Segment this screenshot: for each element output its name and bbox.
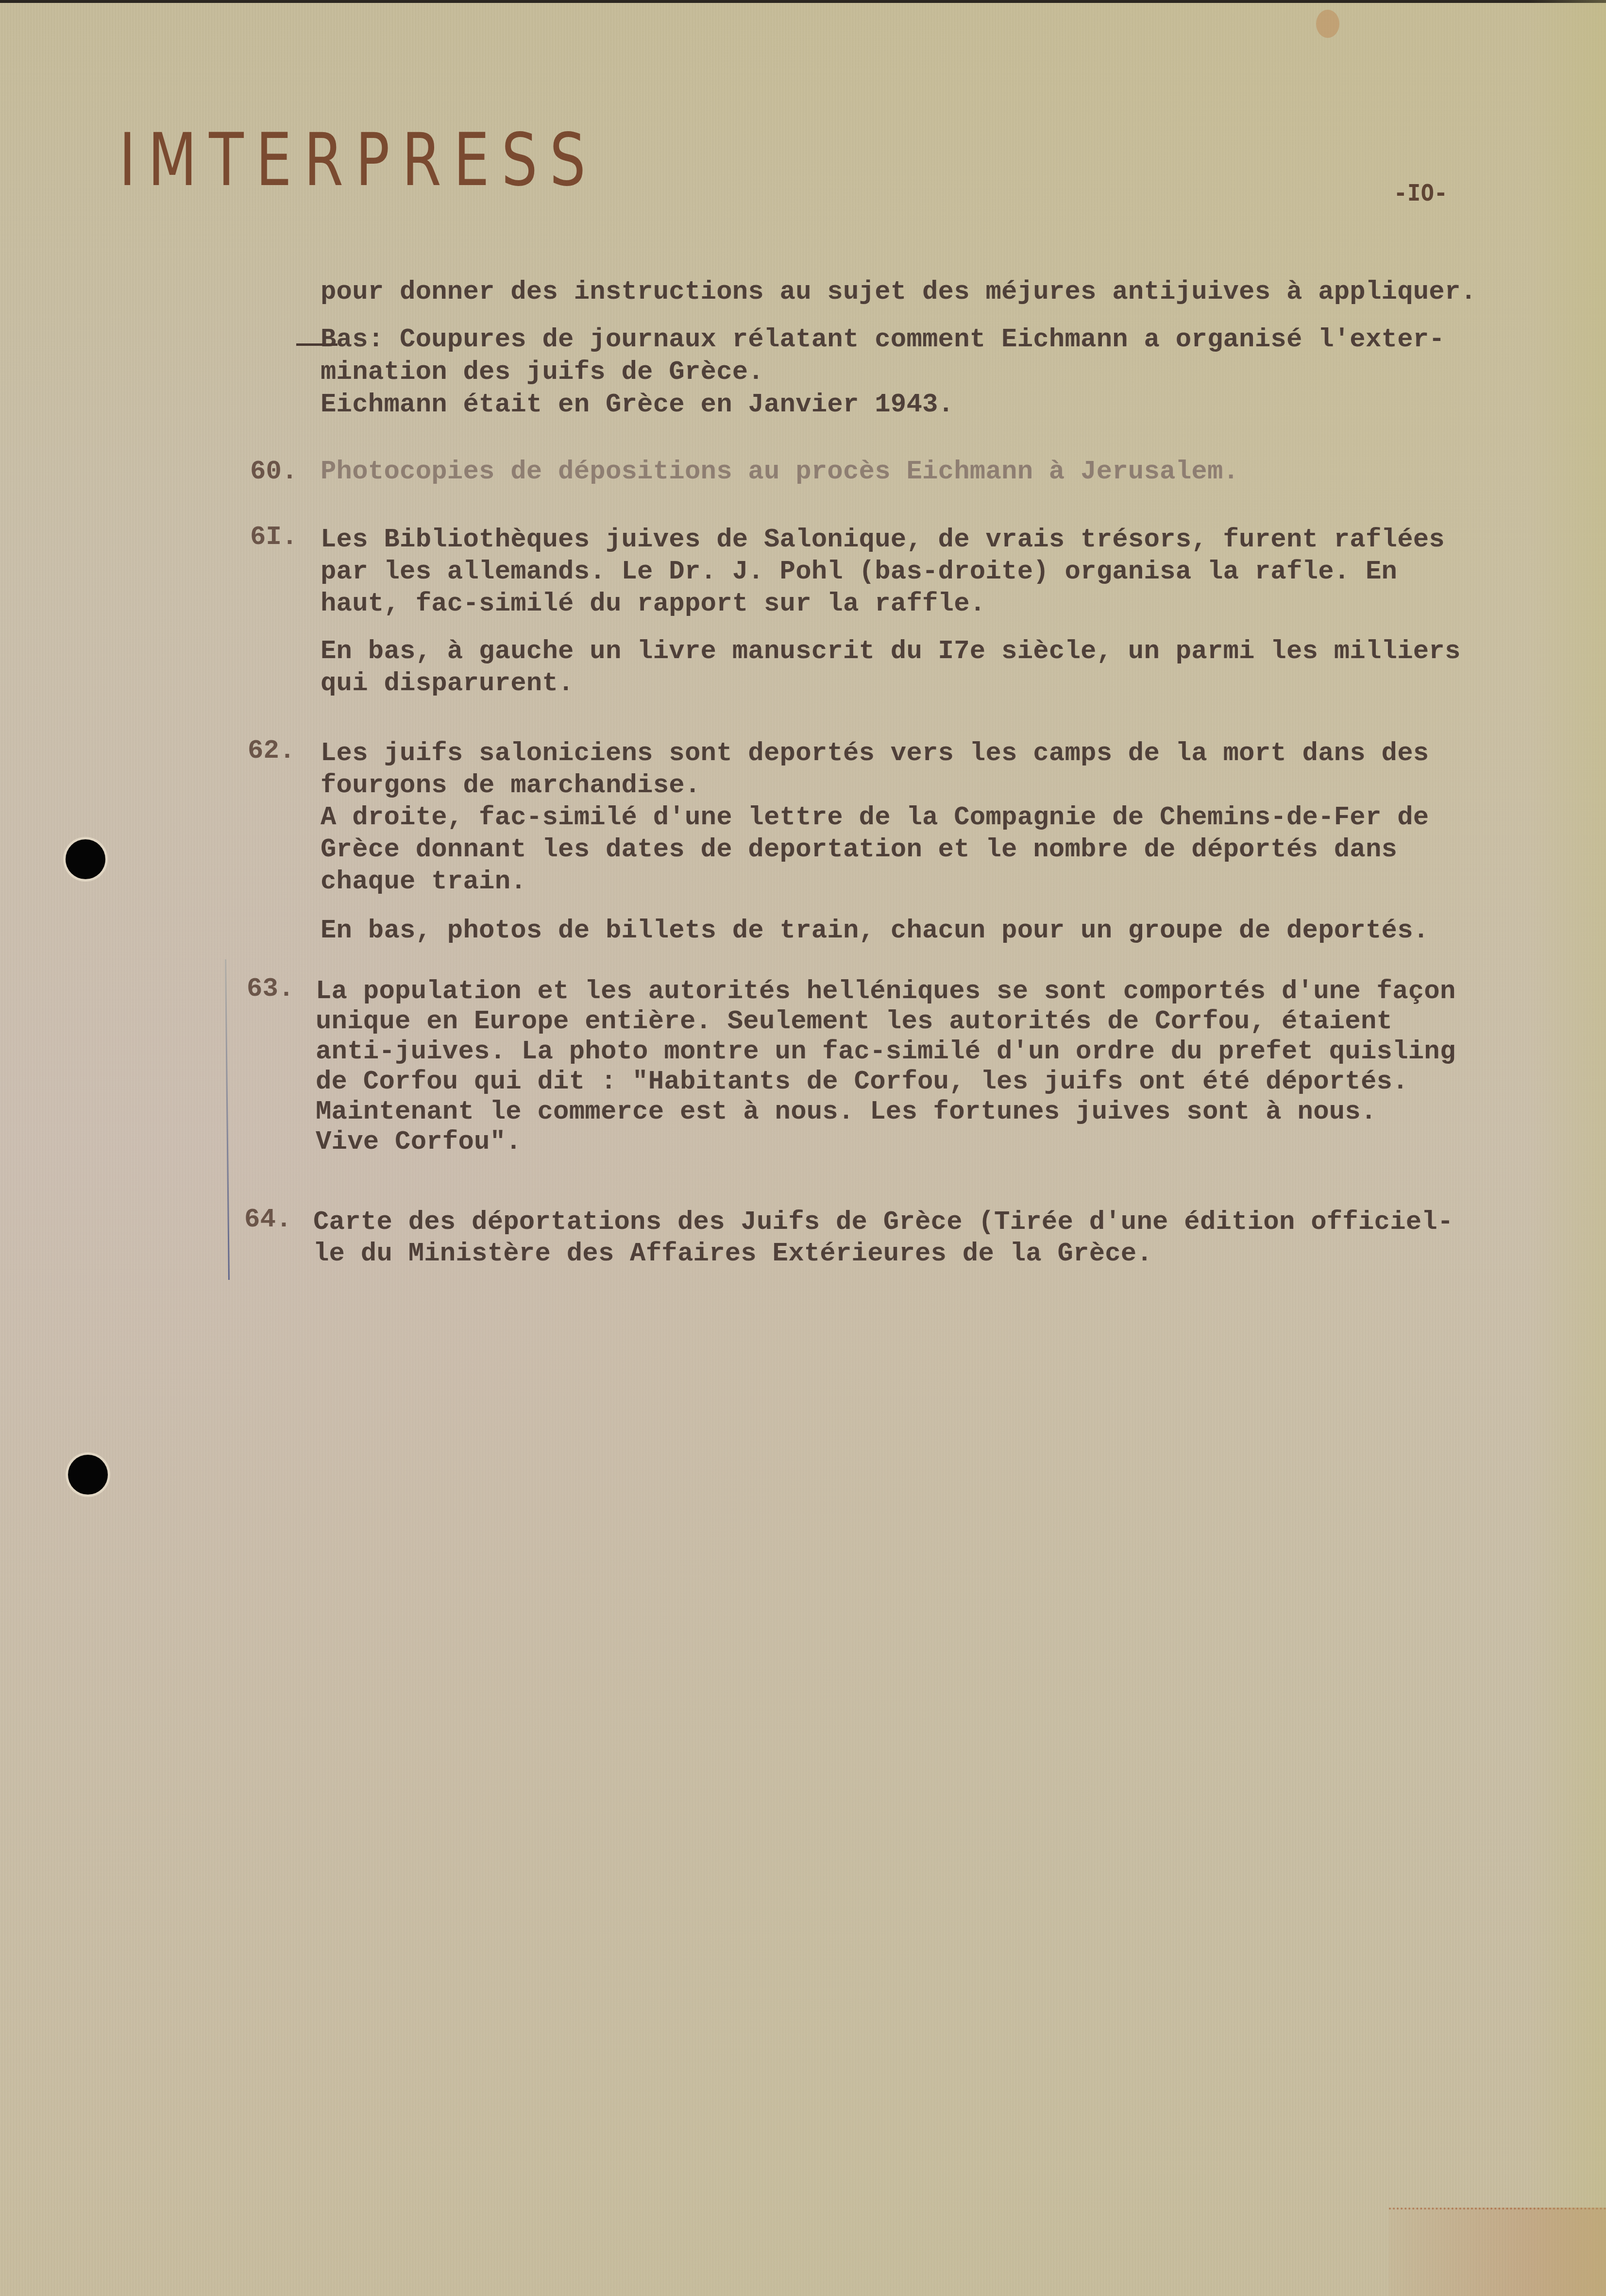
- paper-stain: [1316, 10, 1339, 38]
- item-number: 60.: [250, 457, 298, 488]
- margin-pencil-line: [225, 959, 230, 1280]
- item-line: Maintenant le commerce est à nous. Les f…: [316, 1097, 1377, 1128]
- bas-text: Coupures de journaux rélatant comment Ei…: [384, 325, 1445, 355]
- bas-underline: [296, 343, 338, 346]
- item-number: 64.: [244, 1205, 292, 1236]
- interpress-logo: IMTERPRESS: [119, 124, 598, 197]
- item-line: En bas, à gauche un livre manuscrit du I…: [321, 636, 1461, 667]
- item-line: le du Ministère des Affaires Extérieures…: [313, 1239, 1152, 1270]
- item-number: 6I.: [250, 522, 298, 553]
- continuation-bas-line: Bas: Coupures de journaux rélatant comme…: [321, 324, 1445, 356]
- continuation-line: pour donner des instructions au sujet de…: [321, 277, 1476, 308]
- item-line: par les allemands. Le Dr. J. Pohl (bas-d…: [321, 557, 1397, 588]
- rust-mark: [1389, 2208, 1606, 2296]
- item-line: En bas, photos de billets de train, chac…: [321, 916, 1429, 947]
- punch-hole-bottom: [68, 1455, 108, 1495]
- continuation-line: mination des juifs de Grèce.: [321, 357, 764, 388]
- item-list: 60. Photocopies de dépositions au procès…: [0, 0, 63, 1119]
- item-line: A droite, fac-similé d'une lettre de la …: [321, 802, 1429, 833]
- document-page: IMTERPRESS -IO- pour donner des instruct…: [0, 0, 1606, 2296]
- item-line: qui disparurent.: [321, 668, 574, 699]
- item-number: 62.: [248, 736, 295, 767]
- item-line: Les Bibliothèques juives de Salonique, d…: [321, 525, 1445, 556]
- item-line: Vive Corfou".: [316, 1127, 522, 1158]
- punch-hole-top: [66, 839, 105, 879]
- scan-top-edge: [0, 0, 1606, 3]
- item-line: fourgons de marchandise.: [321, 770, 701, 801]
- item-line: La population et les autorités helléniqu…: [316, 976, 1456, 1007]
- bas-label: Bas:: [321, 325, 384, 355]
- page-number: -IO-: [1394, 180, 1448, 206]
- continuation-line: Eichmann était en Grèce en Janvier 1943.: [321, 390, 954, 421]
- item-line: unique en Europe entière. Seulement les …: [316, 1006, 1392, 1037]
- item-number: 63.: [247, 974, 294, 1005]
- item-line: Les juifs saloniciens sont deportés vers…: [321, 738, 1429, 769]
- item-line: anti-juives. La photo montre un fac-simi…: [316, 1037, 1456, 1068]
- item-line: haut, fac-similé du rapport sur la raffl…: [321, 589, 985, 620]
- item-line: Carte des déportations des Juifs de Grèc…: [313, 1207, 1454, 1238]
- item-line: chaque train.: [321, 867, 526, 898]
- item-line: Photocopies de dépositions au procès Eic…: [321, 457, 1239, 488]
- item-line: de Corfou qui dit : "Habitants de Corfou…: [316, 1067, 1408, 1098]
- item-line: Grèce donnant les dates de deportation e…: [321, 834, 1397, 866]
